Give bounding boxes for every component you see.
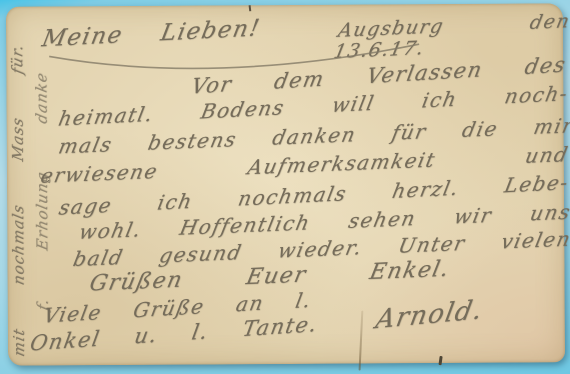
underline-flourish <box>44 40 424 90</box>
margin-note-vertical: mit nochmals Mass für. <box>9 43 27 358</box>
handwriting-line: bald gesund wieder. Unter vielen <box>71 227 570 270</box>
handwriting-line: mals bestens danken für die mir <box>57 114 570 157</box>
handwriting-line: heimatl. Bodens will ich noch- <box>57 82 570 130</box>
salutation: Meine Lieben! <box>40 16 263 52</box>
postscript-line: Viele Grüße an l. <box>42 289 314 327</box>
handwriting-line: wohl. Hoffentlich sehen wir uns <box>77 201 570 243</box>
edge-nick <box>249 5 252 11</box>
dateline: Augsburg den 13.6.17. <box>332 11 570 63</box>
handwriting-line: Vor dem Verlassen des <box>189 53 568 98</box>
postcard: Meine Lieben! Augsburg den 13.6.17. Vor … <box>6 3 565 365</box>
handwriting-line: erwiesene Aufmerksamkeit und <box>39 143 570 187</box>
handwriting-line: Grüßen Euer Enkel. <box>87 258 452 297</box>
postscript-line: Onkel u. l. Tante. <box>28 313 320 356</box>
edge-nick <box>438 356 442 365</box>
margin-note-vertical: f. Erholung danke <box>33 71 51 312</box>
scanner-background: Meine Lieben! Augsburg den 13.6.17. Vor … <box>0 0 570 374</box>
handwriting-line: sage ich nochmals herzl. Lebe- <box>57 171 570 219</box>
crease-mark <box>359 311 364 371</box>
signature: Arnold. <box>373 294 508 335</box>
